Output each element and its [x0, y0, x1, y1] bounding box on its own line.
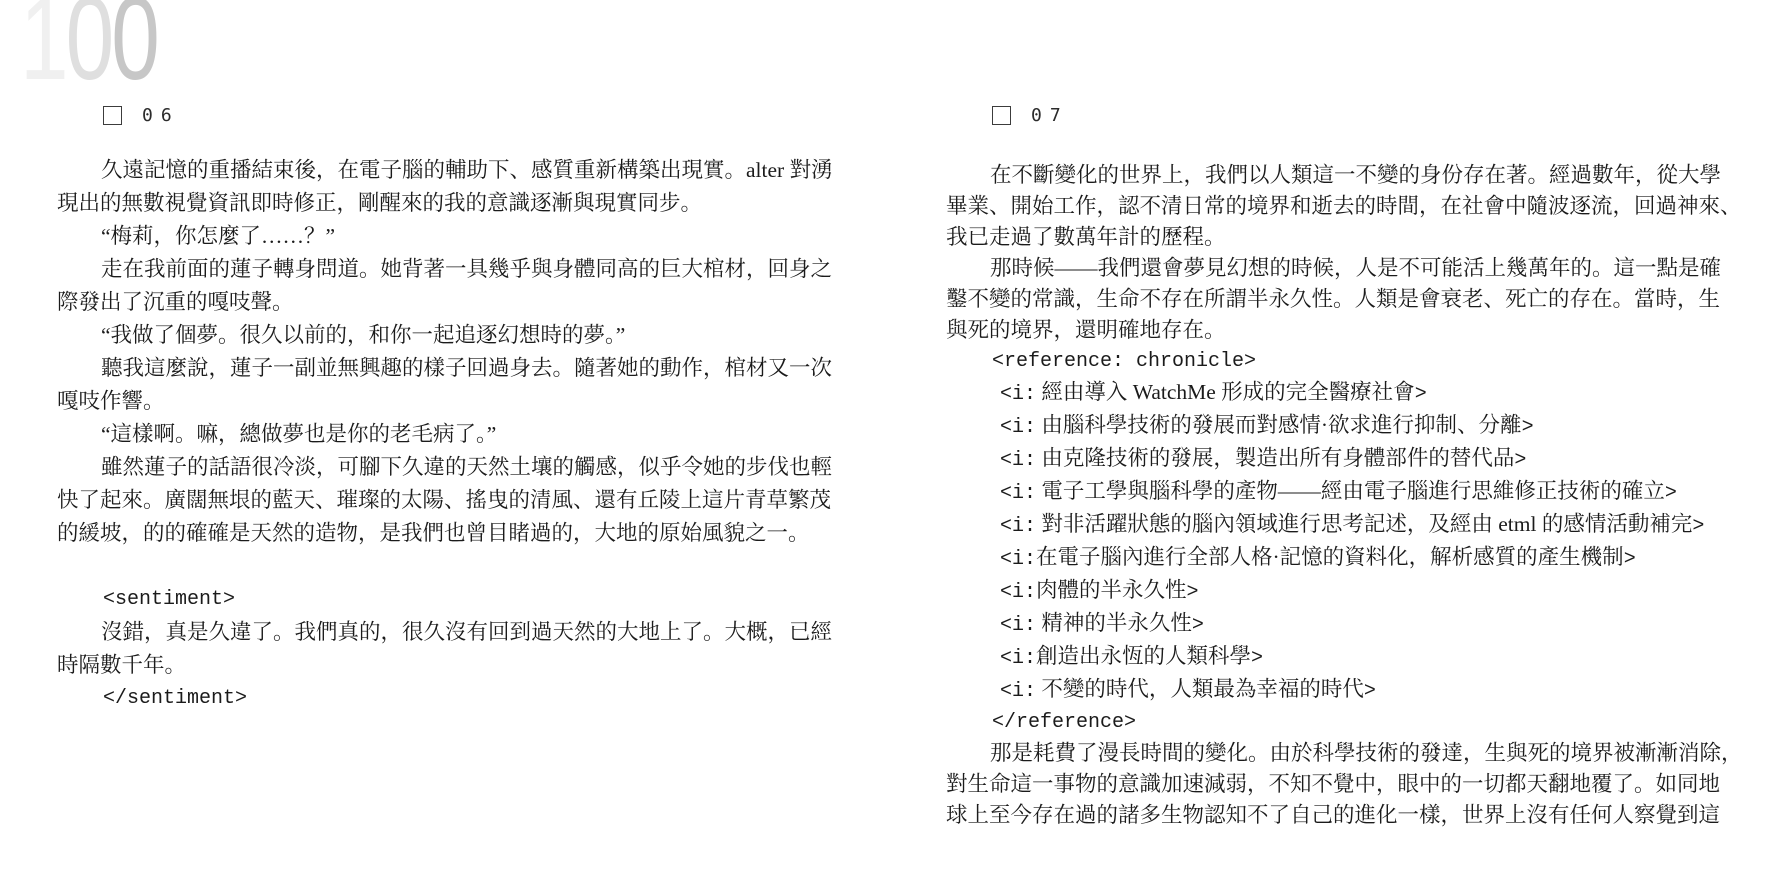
- text-line: 對生命這一事物的意識加速減弱，不知不覺中，眼中的一切都天翻地覆了。如同地: [946, 769, 1726, 800]
- tag-close: >: [1415, 383, 1427, 406]
- text-line: <i: 精神的半永久性>: [946, 608, 1726, 641]
- text-line: 鑿不變的常識，生命不存在所謂半永久性。人類是會衰老、死亡的存在。當時，生: [946, 284, 1726, 315]
- item-text: 對非活躍狀態的腦內領域進行思考記述，及經由 etml 的感情活動補完: [1036, 512, 1692, 536]
- tag-open: <i:: [1000, 449, 1036, 472]
- text-line: 久遠記憶的重播結束後，在電子腦的輔助下、感質重新構築出現實。alter 對湧: [57, 154, 837, 187]
- text-line: 時隔數千年。: [57, 649, 837, 682]
- text-line: 那時候——我們還會夢見幻想的時候，人是不可能活上幾萬年的。這一點是確: [946, 253, 1726, 284]
- book-spread: { "watermark": { "text": "100", "digits"…: [0, 0, 1772, 886]
- text-line: 際發出了沉重的嘎吱聲。: [57, 286, 837, 319]
- tag-close: >: [1522, 416, 1534, 439]
- watermark-digit: 0: [111, 0, 157, 105]
- tag-open: <i:: [1000, 383, 1036, 406]
- text-line: </sentiment>: [57, 682, 837, 715]
- item-text: 創造出永恆的人類科學: [1036, 644, 1251, 668]
- text-line: <i: 對非活躍狀態的腦內領域進行思考記述，及經由 etml 的感情活動補完>: [946, 509, 1726, 542]
- item-text: 精神的半永久性: [1036, 611, 1192, 635]
- section-checkbox-icon: [992, 106, 1011, 125]
- page-right: 07 在不斷變化的世界上，我們以人類這一不變的身份存在著。經過數年，從大學畢業、…: [946, 104, 1726, 831]
- item-text: 在電子腦內進行全部人格·記憶的資料化，解析感質的產生機制: [1036, 545, 1624, 569]
- text-line: <i: 電子工學與腦科學的產物——經由電子腦進行思維修正技術的確立>: [946, 476, 1726, 509]
- tag-close: >: [1251, 647, 1263, 670]
- text-line: 與死的境界，還明確地存在。: [946, 315, 1726, 346]
- text-line: [57, 550, 837, 583]
- text-line: “這樣啊。嘛，總做夢也是你的老毛病了。”: [57, 418, 837, 451]
- text-line: 畢業、開始工作，認不清日常的境界和逝去的時間，在社會中隨波逐流，回過神來、: [946, 191, 1726, 222]
- text-line: 的緩坡，的的確確是天然的造物，是我們也曾目睹過的，大地的原始風貌之一。: [57, 517, 837, 550]
- text-line: <i: 不變的時代，人類最為幸福的時代>: [946, 674, 1726, 707]
- watermark-digit: 1: [20, 0, 66, 105]
- tag-close: >: [1187, 581, 1199, 604]
- page-text: 在不斷變化的世界上，我們以人類這一不變的身份存在著。經過數年，從大學畢業、開始工…: [946, 160, 1726, 831]
- text-line: 球上至今存在過的諸多生物認知不了自己的進化一樣，世界上沒有任何人察覺到這: [946, 800, 1726, 831]
- tag-open: <i:: [1000, 647, 1036, 670]
- section-checkbox-icon: [103, 106, 122, 125]
- text-line: <reference: chronicle>: [946, 346, 1726, 377]
- page-number-watermark: 100: [20, 0, 157, 98]
- section-number: 06: [142, 105, 180, 126]
- item-text: 由腦科學技術的發展而對感情·欲求進行抑制、分離: [1036, 413, 1522, 437]
- text-line: 快了起來。廣闊無垠的藍天、璀璨的太陽、搖曳的清風、還有丘陵上這片青草繁茂: [57, 484, 837, 517]
- item-text: 肉體的半永久性: [1036, 578, 1187, 602]
- section-header-07: 07: [992, 104, 1726, 126]
- text-line: 雖然蓮子的話語很冷淡，可腳下久違的天然土壤的觸感，似乎令她的步伐也輕: [57, 451, 837, 484]
- text-line: 聽我這麼說，蓮子一副並無興趣的樣子回過身去。隨著她的動作，棺材又一次: [57, 352, 837, 385]
- tag-open: <i:: [1000, 482, 1036, 505]
- tag-close: >: [1665, 482, 1677, 505]
- page-left: 06 久遠記憶的重播結束後，在電子腦的輔助下、感質重新構築出現實。alter 對…: [57, 104, 837, 715]
- text-line: <i: 經由導入 WatchMe 形成的完全醫療社會>: [946, 377, 1726, 410]
- text-line: <i:在電子腦內進行全部人格·記憶的資料化，解析感質的產生機制>: [946, 542, 1726, 575]
- tag-close: >: [1364, 680, 1376, 703]
- tag-close: >: [1514, 449, 1526, 472]
- text-line: </reference>: [946, 707, 1726, 738]
- tag-open: <i:: [1000, 614, 1036, 637]
- watermark-digit: 0: [66, 0, 112, 105]
- text-line: 沒錯，真是久違了。我們真的，很久沒有回到過天然的大地上了。大概，已經: [57, 616, 837, 649]
- item-text: 電子工學與腦科學的產物——經由電子腦進行思維修正技術的確立: [1036, 479, 1665, 503]
- text-line: 走在我前面的蓮子轉身問道。她背著一具幾乎與身體同高的巨大棺材，回身之: [57, 253, 837, 286]
- tag-open: <i:: [1000, 416, 1036, 439]
- text-line: “梅莉，你怎麼了……？”: [57, 220, 837, 253]
- tag-open: <i:: [1000, 515, 1036, 538]
- text-line: <i: 由腦科學技術的發展而對感情·欲求進行抑制、分離>: [946, 410, 1726, 443]
- tag-close: >: [1624, 548, 1636, 571]
- tag-open: <i:: [1000, 581, 1036, 604]
- text-line: <i: 由克隆技術的發展，製造出所有身體部件的替代品>: [946, 443, 1726, 476]
- section-header-06: 06: [103, 104, 837, 126]
- section-number: 07: [1031, 105, 1069, 126]
- tag-close: >: [1692, 515, 1704, 538]
- text-line: <i:肉體的半永久性>: [946, 575, 1726, 608]
- text-line: 我已走過了數萬年計的歷程。: [946, 222, 1726, 253]
- item-text: 不變的時代，人類最為幸福的時代: [1036, 677, 1364, 701]
- item-text: 由克隆技術的發展，製造出所有身體部件的替代品: [1036, 446, 1514, 470]
- tag-close: >: [1192, 614, 1204, 637]
- text-line: 在不斷變化的世界上，我們以人類這一不變的身份存在著。經過數年，從大學: [946, 160, 1726, 191]
- text-line: “我做了個夢。很久以前的，和你一起追逐幻想時的夢。”: [57, 319, 837, 352]
- text-line: 嘎吱作響。: [57, 385, 837, 418]
- text-line: <i:創造出永恆的人類科學>: [946, 641, 1726, 674]
- item-text: 經由導入 WatchMe 形成的完全醫療社會: [1036, 380, 1415, 404]
- tag-open: <i:: [1000, 548, 1036, 571]
- tag-open: <i:: [1000, 680, 1036, 703]
- text-line: 現出的無數視覺資訊即時修正，剛醒來的我的意識逐漸與現實同步。: [57, 187, 837, 220]
- page-text: 久遠記憶的重播結束後，在電子腦的輔助下、感質重新構築出現實。alter 對湧現出…: [57, 154, 837, 715]
- text-line: <sentiment>: [57, 583, 837, 616]
- text-line: 那是耗費了漫長時間的變化。由於科學技術的發達，生與死的境界被漸漸消除，: [946, 738, 1726, 769]
